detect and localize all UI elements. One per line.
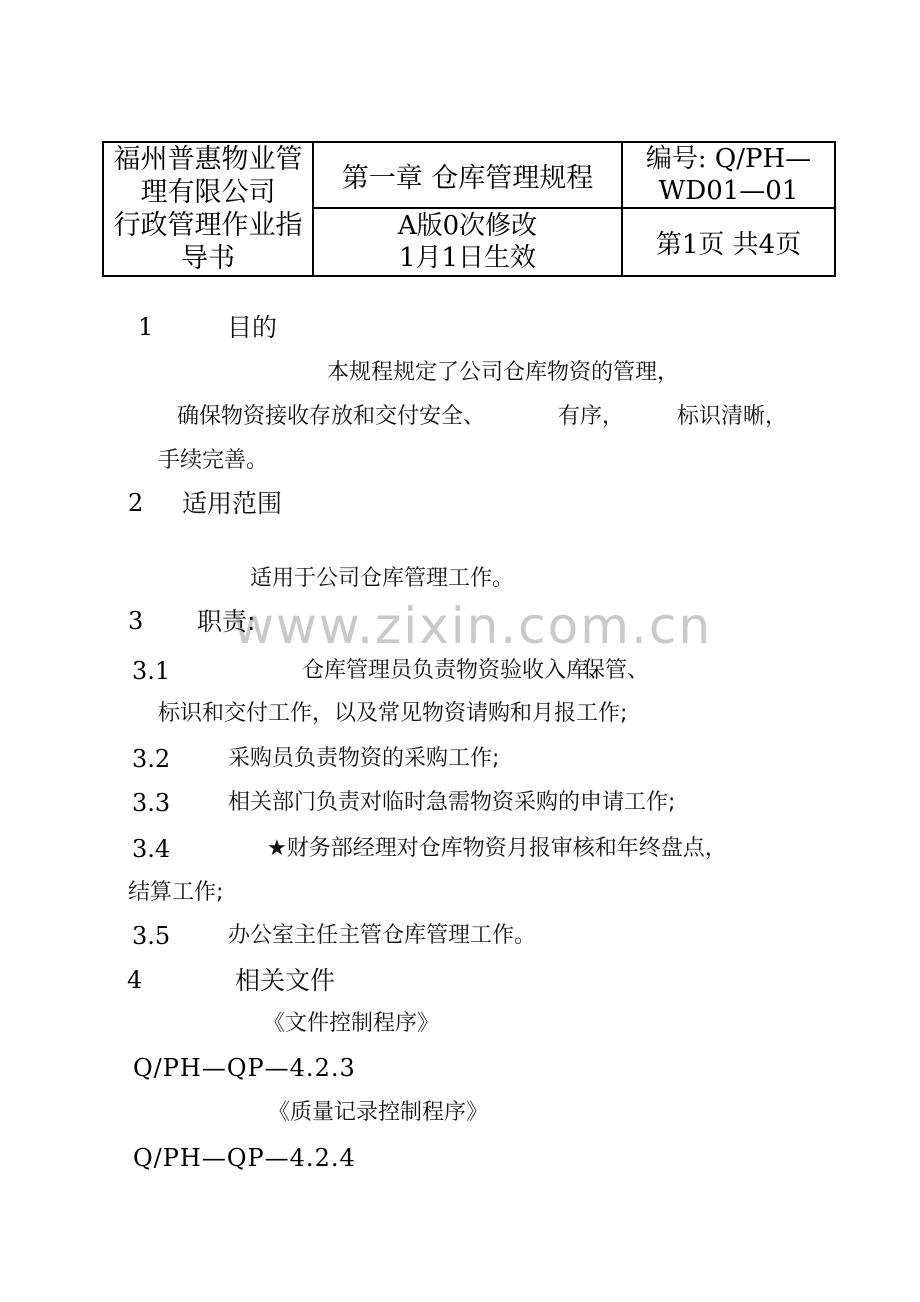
section-2-heading: 2适用范围 xyxy=(128,490,282,519)
item-3-5-number: 3.5 xyxy=(132,923,228,951)
reference-1-code: Q/PH—QP—4.2.3 xyxy=(133,1055,356,1083)
scope-line: 适用于公司仓库管理工作。 xyxy=(250,566,514,591)
doc-number-cell: 编号: Q/PH— WD01—01 xyxy=(622,142,835,208)
reference-2-code: Q/PH—QP—4.2.4 xyxy=(133,1145,356,1173)
chapter-title-cell: 第一章 仓库管理规程 xyxy=(313,142,622,208)
section-3-number: 3 xyxy=(128,608,197,636)
company-name-cell: 福州普惠物业管理有限公司 行政管理作业指导书 xyxy=(103,142,313,276)
purpose-line-1: 本规程规定了公司仓库物资的管理， xyxy=(327,360,679,385)
purpose-line-2-seg1: 确保物资接收存放和交付安全、 xyxy=(177,404,558,429)
purpose-line-3: 手续完善。 xyxy=(158,448,268,473)
item-3-1-continuation: 标识和交付工作，以及常见物资请购和月报工作; xyxy=(158,701,627,726)
item-3-3: 3.3相关部门负责对临时急需物资采购的申请工作; xyxy=(132,790,675,818)
item-3-1-seg1: 仓库管理员负责物资验收入库、 xyxy=(302,658,583,683)
revision-cell: A版0次修改 1月1日生效 xyxy=(313,208,622,276)
doc-number-line2: WD01—01 xyxy=(627,175,830,207)
section-3-heading: 3职责: xyxy=(128,608,255,637)
purpose-line-2: 确保物资接收存放和交付安全、有序，标识清晰， xyxy=(177,404,787,429)
purpose-line-2-seg2: 有序， xyxy=(558,404,677,429)
section-4-heading: 4相关文件 xyxy=(127,967,335,996)
document-page: 福州普惠物业管理有限公司 行政管理作业指导书 第一章 仓库管理规程 编号: Q/… xyxy=(0,0,920,1302)
item-3-4-continuation: 结算工作; xyxy=(128,880,223,905)
section-1-heading: 1目的 xyxy=(138,314,277,343)
item-3-3-number: 3.3 xyxy=(132,790,228,818)
section-2-number: 2 xyxy=(128,490,182,518)
item-3-4-number: 3.4 xyxy=(132,836,267,864)
section-1-number: 1 xyxy=(138,314,227,342)
section-4-number: 4 xyxy=(127,967,235,995)
item-3-1-number: 3.1 xyxy=(132,658,302,686)
header-table: 福州普惠物业管理有限公司 行政管理作业指导书 第一章 仓库管理规程 编号: Q/… xyxy=(102,141,836,277)
item-3-5-text: 办公室主任主管仓库管理工作。 xyxy=(228,923,536,948)
doc-number-line1: 编号: Q/PH— xyxy=(627,143,830,175)
item-3-1-seg2: 保管、 xyxy=(583,658,649,683)
revision-line1: A版0次修改 xyxy=(318,210,617,242)
purpose-line-2-seg3: 标识清晰， xyxy=(677,404,787,429)
page-info-cell: 第1页 共4页 xyxy=(622,208,835,276)
section-3-title: 职责: xyxy=(197,608,255,637)
section-1-title: 目的 xyxy=(227,314,277,343)
item-3-2-number: 3.2 xyxy=(132,746,228,774)
item-3-4: 3.4★财务部经理对仓库物资月报审核和年终盘点， xyxy=(132,836,727,864)
company-name-line2: 行政管理作业指导书 xyxy=(108,209,308,275)
watermark: www.zixin.com.cn xyxy=(233,597,712,655)
reference-2-title: 《质量记录控制程序》 xyxy=(268,1100,488,1125)
section-4-title: 相关文件 xyxy=(235,967,335,996)
revision-line2: 1月1日生效 xyxy=(318,242,617,274)
reference-1-title: 《文件控制程序》 xyxy=(263,1011,439,1036)
company-name-line1: 福州普惠物业管理有限公司 xyxy=(108,143,308,209)
item-3-2: 3.2采购员负责物资的采购工作; xyxy=(132,746,499,774)
item-3-4-text: ★财务部经理对仓库物资月报审核和年终盘点， xyxy=(267,836,727,861)
item-3-2-text: 采购员负责物资的采购工作; xyxy=(228,746,499,771)
item-3-1: 3.1仓库管理员负责物资验收入库、保管、 xyxy=(132,658,649,686)
section-2-title: 适用范围 xyxy=(182,490,282,519)
item-3-3-text: 相关部门负责对临时急需物资采购的申请工作; xyxy=(228,790,675,815)
item-3-5: 3.5办公室主任主管仓库管理工作。 xyxy=(132,923,536,951)
